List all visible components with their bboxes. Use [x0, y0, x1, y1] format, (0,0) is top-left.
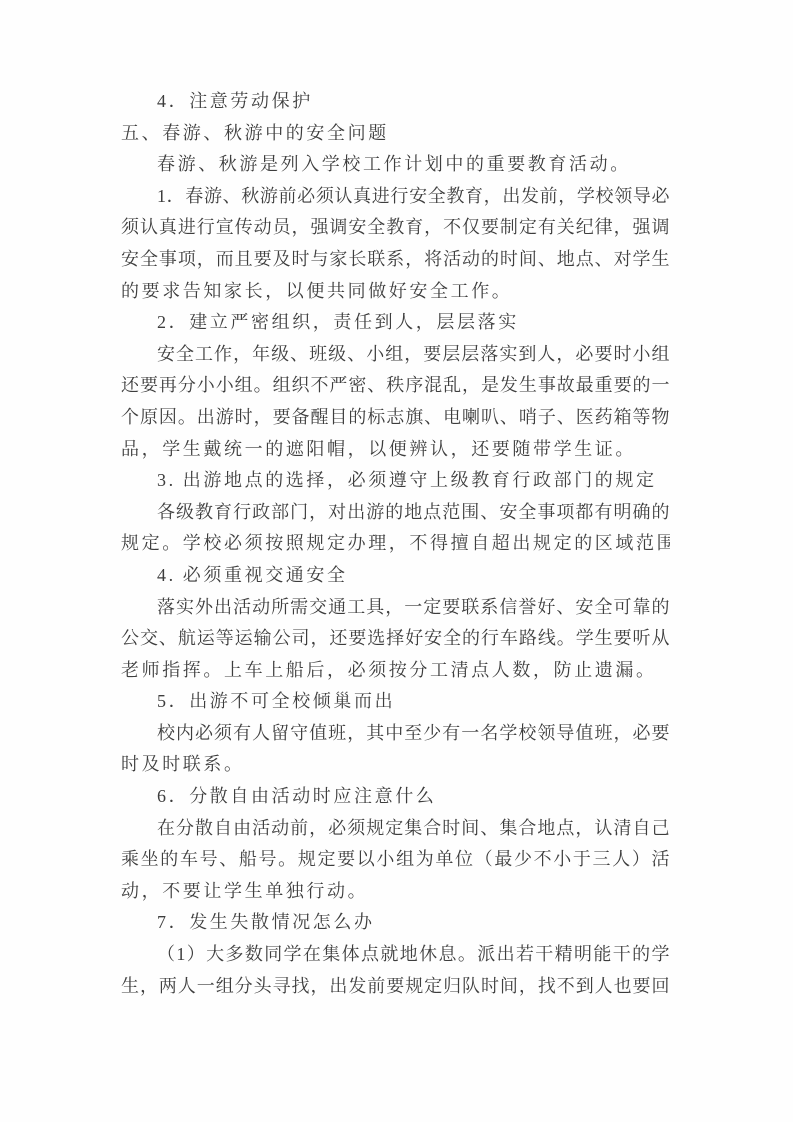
- text-line: 各级教育行政部门，对出游的地点范围、安全事项都有明确的: [121, 497, 670, 529]
- text-line: 5．出游不可全校倾巢而出: [121, 686, 670, 718]
- text-line: 还要再分小小组。组织不严密、秩序混乱，是发生事故最重要的一: [121, 370, 670, 402]
- text-line: 安全事项，而且要及时与家长联系，将活动的时间、地点、对学生: [121, 244, 670, 276]
- text-line: 1．春游、秋游前必须认真进行安全教育，出发前，学校领导必: [121, 181, 670, 213]
- text-line: 个原因。出游时，要备醒目的标志旗、电喇叭、哨子、医药箱等物: [121, 402, 670, 434]
- text-line: 春游、秋游是列入学校工作计划中的重要教育活动。: [121, 149, 670, 181]
- text-line: 老师指挥。上车上船后，必须按分工清点人数，防止遗漏。: [121, 655, 670, 687]
- text-line: 的要求告知家长，以便共同做好安全工作。: [121, 276, 670, 308]
- text-line: 须认真进行宣传动员，强调安全教育，不仅要制定有关纪律，强调: [121, 212, 670, 244]
- text-line: 五、春游、秋游中的安全问题: [121, 118, 670, 150]
- text-line: 落实外出活动所需交通工具，一定要联系信誉好、安全可靠的: [121, 592, 670, 624]
- text-line: 2．建立严密组织，责任到人，层层落实: [121, 307, 670, 339]
- text-line: 时及时联系。: [121, 749, 670, 781]
- text-line: 3. 出游地点的选择，必须遵守上级教育行政部门的规定: [121, 465, 670, 497]
- text-line: 4. 必须重视交通安全: [121, 560, 670, 592]
- text-line: 生，两人一组分头寻找，出发前要规定归队时间，找不到人也要回: [121, 971, 670, 1003]
- text-line: 在分散自由活动前，必须规定集合时间、集合地点，认清自己: [121, 813, 670, 845]
- text-line: 动，不要让学生单独行动。: [121, 876, 670, 908]
- document-page: 4．注意劳动保护五、春游、秋游中的安全问题春游、秋游是列入学校工作计划中的重要教…: [0, 0, 793, 1122]
- text-line: 公交、航运等运输公司，还要选择好安全的行车路线。学生要听从: [121, 623, 670, 655]
- text-line: 7．发生失散情况怎么办: [121, 907, 670, 939]
- text-block: 4．注意劳动保护五、春游、秋游中的安全问题春游、秋游是列入学校工作计划中的重要教…: [121, 86, 670, 1002]
- text-line: 乘坐的车号、船号。规定要以小组为单位（最少不小于三人）活: [121, 844, 670, 876]
- text-line: 品，学生戴统一的遮阳帽，以便辨认，还要随带学生证。: [121, 434, 670, 466]
- text-line: 4．注意劳动保护: [121, 86, 670, 118]
- text-line: 6．分散自由活动时应注意什么: [121, 781, 670, 813]
- text-line: 规定。学校必须按照规定办理，不得擅自超出规定的区域范围。: [121, 528, 670, 560]
- text-line: 安全工作，年级、班级、小组，要层层落实到人，必要时小组: [121, 339, 670, 371]
- text-line: （1）大多数同学在集体点就地休息。派出若干精明能干的学: [121, 939, 670, 971]
- text-line: 校内必须有人留守值班，其中至少有一名学校领导值班，必要: [121, 718, 670, 750]
